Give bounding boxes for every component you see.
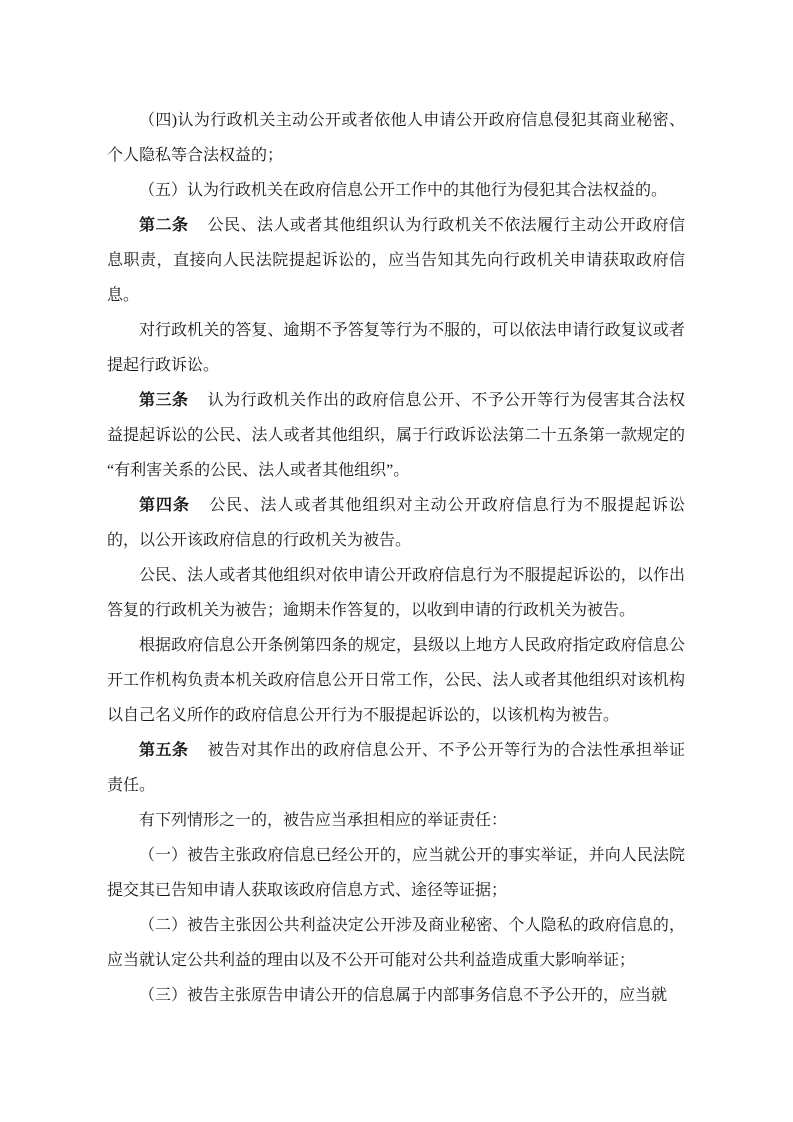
article-paragraph: 第二条公民、法人或者其他组织认为行政机关不依法履行主动公开政府信息职责，直接向人… bbox=[107, 208, 685, 313]
paragraph: （三）被告主张原告申请公开的信息属于内部事务信息不予公开的，应当就 bbox=[107, 978, 685, 1013]
paragraph: （一）被告主张政府信息已经公开的，应当就公开的事实举证，并向人民法院提交其已告知… bbox=[107, 838, 685, 908]
document-body: （四)认为行政机关主动公开或者依他人申请公开政府信息侵犯其商业秘密、个人隐私等合… bbox=[107, 103, 685, 1013]
article-paragraph: 第五条被告对其作出的政府信息公开、不予公开等行为的合法性承担举证责任。 bbox=[107, 733, 685, 803]
article-paragraph: 第四条公民、法人或者其他组织对主动公开政府信息行为不服提起诉讼的，以公开该政府信… bbox=[107, 488, 685, 558]
paragraph: 对行政机关的答复、逾期不予答复等行为不服的，可以依法申请行政复议或者提起行政诉讼… bbox=[107, 313, 685, 383]
article-number-label: 第二条 bbox=[139, 217, 188, 234]
paragraph: （二）被告主张因公共利益决定公开涉及商业秘密、个人隐私的政府信息的，应当就认定公… bbox=[107, 908, 685, 978]
paragraph: （五）认为行政机关在政府信息公开工作中的其他行为侵犯其合法权益的。 bbox=[107, 173, 685, 208]
article-number-label: 第三条 bbox=[139, 392, 188, 409]
document-page: （四)认为行政机关主动公开或者依他人申请公开政府信息侵犯其商业秘密、个人隐私等合… bbox=[0, 0, 793, 1122]
article-paragraph: 第三条认为行政机关作出的政府信息公开、不予公开等行为侵害其合法权益提起诉讼的公民… bbox=[107, 383, 685, 488]
article-number-label: 第四条 bbox=[139, 497, 190, 514]
paragraph: （四)认为行政机关主动公开或者依他人申请公开政府信息侵犯其商业秘密、个人隐私等合… bbox=[107, 103, 685, 173]
article-number-label: 第五条 bbox=[139, 742, 188, 759]
paragraph: 有下列情形之一的，被告应当承担相应的举证责任： bbox=[107, 803, 685, 838]
paragraph: 根据政府信息公开条例第四条的规定，县级以上地方人民政府指定政府信息公开工作机构负… bbox=[107, 628, 685, 733]
paragraph: 公民、法人或者其他组织对依申请公开政府信息行为不服提起诉讼的，以作出答复的行政机… bbox=[107, 558, 685, 628]
